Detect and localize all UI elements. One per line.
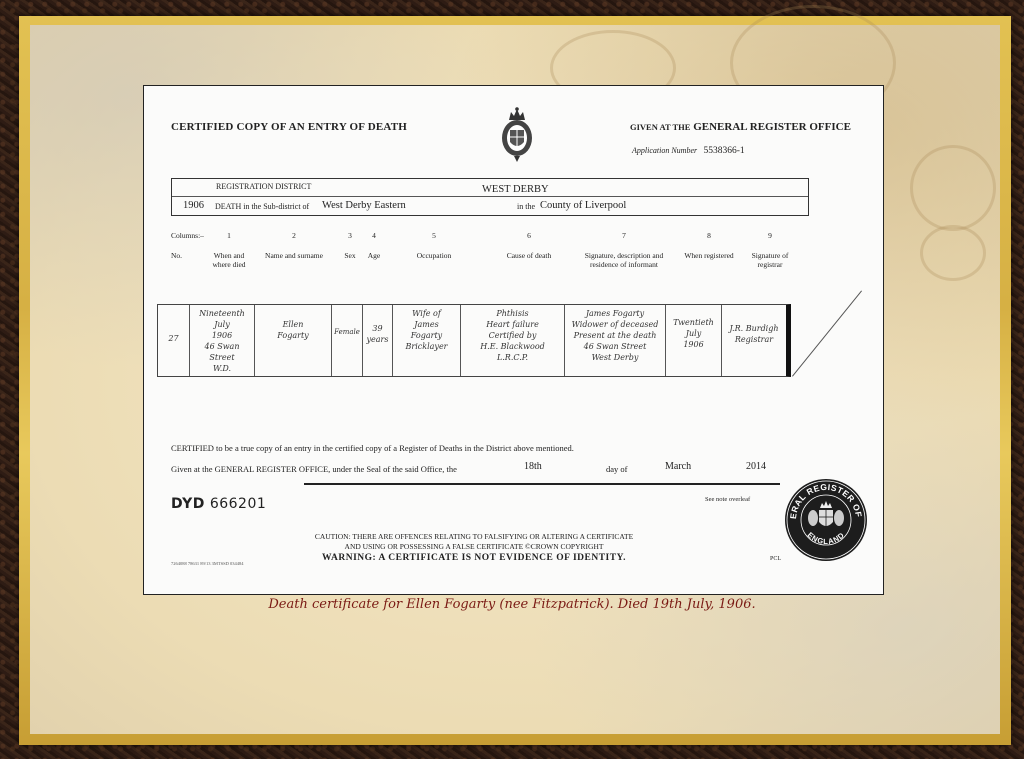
column-header-sex: Sex: [340, 251, 360, 260]
entry-name: Ellen Fogarty: [255, 305, 332, 376]
entry-text: Heart failure: [461, 319, 564, 330]
registration-district-label: REGISTRATION DISTRICT: [216, 182, 311, 191]
entry-text: J.R. Burdigh: [722, 323, 786, 334]
entry-text: years: [363, 334, 392, 345]
given-at-header: GIVEN AT THE GENERAL REGISTER OFFICE: [630, 121, 851, 133]
application-number-row: Application Number 5538366-1: [632, 146, 745, 156]
column-header-when-where: When and where died: [204, 251, 254, 269]
entry-text: Phthisis: [461, 308, 564, 319]
certified-statement: CERTIFIED to be a true copy of an entry …: [171, 443, 574, 453]
decorative-swirl: [920, 225, 986, 281]
entry-text: Twentieth: [666, 317, 721, 328]
entry-no-value: 27: [158, 333, 189, 344]
given-day: 18th: [524, 461, 542, 472]
entry-text: 46 Swan Street: [565, 341, 665, 352]
subdistrict-label: DEATH in the Sub-district of: [215, 202, 309, 211]
entry-text: James Fogarty: [565, 308, 665, 319]
subdistrict: West Derby Eastern: [322, 200, 406, 211]
entry-text: 1906: [666, 339, 721, 350]
given-month: March: [665, 461, 691, 472]
entry-text: Widower of deceased: [565, 319, 665, 330]
entry-text: Certified by: [461, 330, 564, 341]
entry-text: Nineteenth: [190, 308, 254, 319]
given-year: 2014: [746, 461, 766, 472]
entry-text: West Derby: [565, 352, 665, 363]
columns-label: Columns:–: [171, 231, 204, 240]
entry-text: Street: [190, 352, 254, 363]
registration-district: WEST DERBY: [482, 184, 549, 195]
caution-text: CAUTION: THERE ARE OFFENCES RELATING TO …: [294, 532, 654, 552]
entry-text: Ellen: [255, 319, 331, 330]
royal-crest-icon: [499, 106, 535, 164]
entry-text: W.D.: [190, 363, 254, 374]
registration-district-box: REGISTRATION DISTRICT WEST DERBY 1906 DE…: [171, 178, 809, 216]
entry-text: Female: [332, 327, 362, 338]
column-headers: Columns:– No. 1 When and where died 2 Na…: [144, 231, 885, 271]
column-number: 7: [574, 231, 674, 240]
application-number-label: Application Number: [632, 146, 697, 155]
entry-text: 1906: [190, 330, 254, 341]
entry-text: July: [190, 319, 254, 330]
column-number: 4: [364, 231, 384, 240]
death-certificate: CERTIFIED COPY OF AN ENTRY OF DEATH GIVE…: [143, 85, 884, 595]
column-number: 8: [684, 231, 734, 240]
entry-informant: James Fogarty Widower of deceased Presen…: [565, 305, 666, 376]
signature-line: [304, 483, 780, 485]
entry-registrar: J.R. Burdigh Registrar: [722, 305, 786, 376]
entry-text: Present at the death: [565, 330, 665, 341]
column-header-age: Age: [364, 251, 384, 260]
entry-when-registered: Twentieth July 1906: [666, 305, 722, 376]
in-the-label: in the: [517, 202, 535, 211]
serial-number: DYD 666201: [171, 496, 266, 512]
entry-text: Wife of: [393, 308, 460, 319]
column-number: 6: [494, 231, 564, 240]
entry-text: Registrar: [722, 334, 786, 345]
cancel-diagonal-line: [792, 291, 862, 377]
entry-text: H.E. Blackwood: [461, 341, 564, 352]
decorative-swirl: [910, 145, 996, 231]
column-number: 9: [740, 231, 800, 240]
identity-warning: WARNING: A CERTIFICATE IS NOT EVIDENCE O…: [294, 553, 654, 563]
given-at-office: GENERAL REGISTER OFFICE: [693, 121, 851, 133]
entry-text: Fogarty: [393, 330, 460, 341]
day-of-label: day of: [606, 464, 627, 474]
entry-text: 46 Swan: [190, 341, 254, 352]
certificate-title: CERTIFIED COPY OF AN ENTRY OF DEATH: [171, 121, 407, 133]
entry-cause: Phthisis Heart failure Certified by H.E.…: [461, 305, 565, 376]
column-number: 3: [340, 231, 360, 240]
column-header-informant: Signature, description and residence of …: [574, 251, 674, 269]
entry-text: Fogarty: [255, 330, 331, 341]
general-register-office-seal-icon: GENERAL REGISTER OFFICE ENGLAND: [784, 478, 868, 562]
application-number: 5538366-1: [703, 146, 744, 156]
given-statement: Given at the GENERAL REGISTER OFFICE, un…: [171, 464, 457, 474]
column-header-name: Name and surname: [259, 251, 329, 260]
column-number: 1: [214, 231, 244, 240]
image-caption: Death certificate for Ellen Fogarty (nee…: [0, 597, 1024, 612]
entry-age: 39 years: [363, 305, 393, 376]
entry-text: 39: [363, 323, 392, 334]
column-header-registrar: Signature of registrar: [740, 251, 800, 269]
serial-prefix: DYD: [171, 496, 205, 512]
given-at-prefix: GIVEN AT THE: [630, 122, 690, 132]
column-header-when-registered: When registered: [684, 251, 734, 260]
registration-year: 1906: [183, 200, 204, 211]
column-number: 5: [404, 231, 464, 240]
entry-sex: Female: [332, 305, 363, 376]
entry-text: Bricklayer: [393, 341, 460, 352]
death-entry-row: 27 Nineteenth July 1906 46 Swan Street W…: [157, 304, 791, 377]
pcl-mark: PCL: [770, 556, 781, 562]
serial-digits: 666201: [210, 496, 266, 512]
column-number: 2: [279, 231, 309, 240]
column-header-cause: Cause of death: [494, 251, 564, 260]
entry-text: L.R.C.P.: [461, 352, 564, 363]
caution-line: AND USING OR POSSESSING A FALSE CERTIFIC…: [294, 542, 654, 552]
entry-text: July: [666, 328, 721, 339]
caution-line: CAUTION: THERE ARE OFFENCES RELATING TO …: [294, 532, 654, 542]
entry-when-where: Nineteenth July 1906 46 Swan Street W.D.: [190, 305, 255, 376]
entry-occupation: Wife of James Fogarty Bricklayer: [393, 305, 461, 376]
print-code: 7264088 78631 89/13 3MTSSD 034484: [171, 561, 244, 566]
see-note-overleaf: See note overleaf: [705, 496, 750, 503]
column-header-no: No.: [171, 251, 182, 260]
entry-no: 27: [158, 305, 190, 376]
county: County of Liverpool: [540, 200, 626, 211]
entry-text: James: [393, 319, 460, 330]
column-header-occupation: Occupation: [404, 251, 464, 260]
